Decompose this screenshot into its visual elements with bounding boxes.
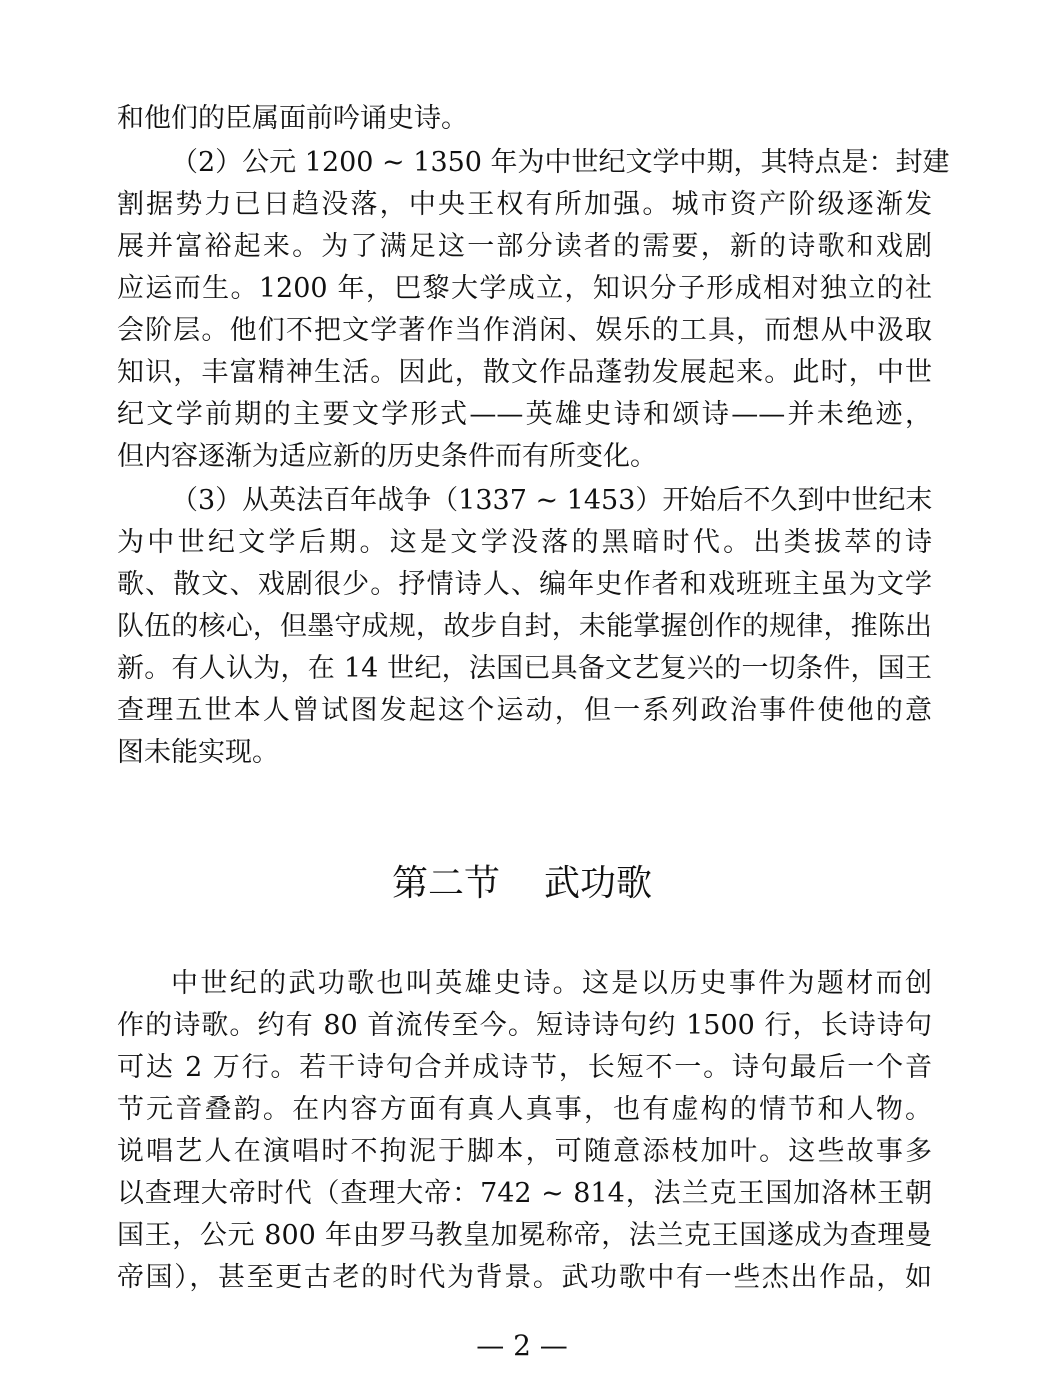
text-line: 但内容逐渐为适应新的历史条件而有所变化。 (117, 436, 932, 478)
text-line: （3）从英法百年战争（1337 ~ 1453）开始后不久到中世纪末 (117, 480, 932, 522)
section-1-text: 和他们的臣属面前吟诵史诗。 （2）公元 1200 ~ 1350 年为中世纪文学中… (117, 98, 932, 774)
text-line: 队伍的核心，但墨守成规，故步自封，未能掌握创作的规律，推陈出 (117, 606, 932, 648)
section-number: 第二节 (392, 863, 500, 904)
section-heading: 第二节武功歌 (0, 856, 1044, 912)
text-line: 查理五世本人曾试图发起这个运动，但一系列政治事件使他的意 (117, 690, 932, 732)
text-line: 纪文学前期的主要文学形式——英雄史诗和颂诗——并未绝迹， (117, 394, 932, 436)
text-line: 节元音叠韵。在内容方面有真人真事，也有虚构的情节和人物。 (117, 1089, 932, 1131)
text-line: 帝国），甚至更古老的时代为背景。武功歌中有一些杰出作品，如 (117, 1257, 932, 1299)
section-2-text: 中世纪的武功歌也叫英雄史诗。这是以历史事件为题材而创 作的诗歌。约有 80 首流… (117, 963, 932, 1299)
text-line: 展并富裕起来。为了满足这一部分读者的需要，新的诗歌和戏剧 (117, 226, 932, 268)
section-title: 武功歌 (544, 863, 652, 904)
text-line: 会阶层。他们不把文学著作当作消闲、娱乐的工具，而想从中汲取 (117, 310, 932, 352)
page-number: — 2 — (0, 1326, 1044, 1366)
text-line: 知识，丰富精神生活。因此，散文作品蓬勃发展起来。此时，中世 (117, 352, 932, 394)
text-line: 以查理大帝时代（查理大帝：742 ~ 814，法兰克王国加洛林王朝 (117, 1173, 932, 1215)
text-line: 图未能实现。 (117, 732, 932, 774)
text-line: 作的诗歌。约有 80 首流传至今。短诗诗句约 1500 行，长诗诗句 (117, 1005, 932, 1047)
text-line: （2）公元 1200 ~ 1350 年为中世纪文学中期，其特点是：封建 (117, 142, 932, 184)
text-line: 新。有人认为，在 14 世纪，法国已具备文艺复兴的一切条件，国王 (117, 648, 932, 690)
text-line: 国王，公元 800 年由罗马教皇加冕称帝，法兰克王国遂成为查理曼 (117, 1215, 932, 1257)
text-line: 歌、散文、戏剧很少。抒情诗人、编年史作者和戏班班主虽为文学 (117, 564, 932, 606)
text-line: 割据势力已日趋没落，中央王权有所加强。城市资产阶级逐渐发 (117, 184, 932, 226)
text-line: 中世纪的武功歌也叫英雄史诗。这是以历史事件为题材而创 (117, 963, 932, 1005)
text-line: 为中世纪文学后期。这是文学没落的黑暗时代。出类拔萃的诗 (117, 522, 932, 564)
text-line: 应运而生。1200 年，巴黎大学成立，知识分子形成相对独立的社 (117, 268, 932, 310)
text-line: 可达 2 万行。若干诗句合并成诗节，长短不一。诗句最后一个音 (117, 1047, 932, 1089)
text-line: 说唱艺人在演唱时不拘泥于脚本，可随意添枝加叶。这些故事多 (117, 1131, 932, 1173)
text-line: 和他们的臣属面前吟诵史诗。 (117, 98, 932, 140)
